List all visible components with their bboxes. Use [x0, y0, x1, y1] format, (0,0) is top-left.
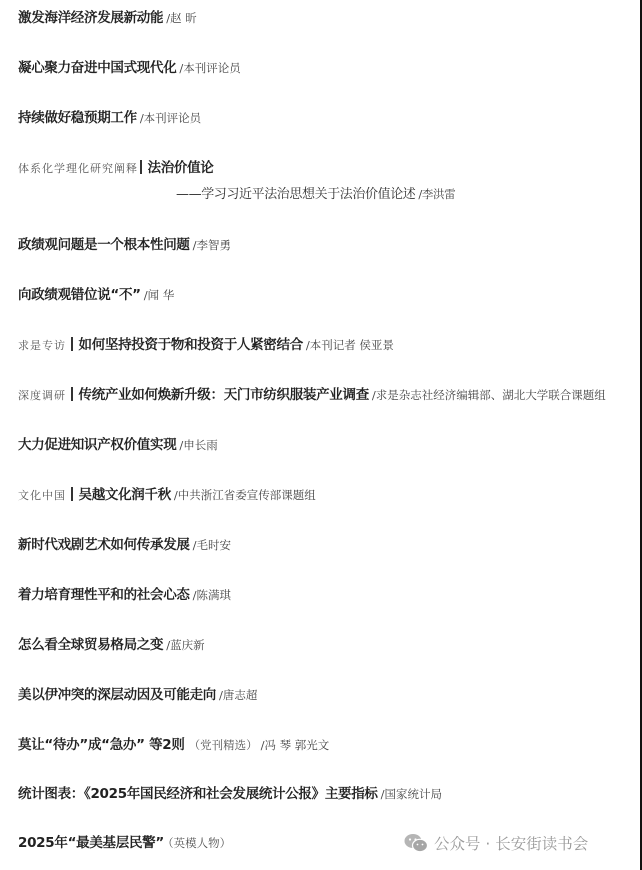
watermark-text: 公众号 · 长安街读书会: [434, 832, 588, 854]
column-label: 体系化学理化研究阐释: [18, 162, 138, 175]
wechat-icon: [404, 833, 428, 853]
article-note: （党刊精选）: [189, 738, 258, 752]
toc-entry[interactable]: 体系化学理化研究阐释法治价值论: [18, 157, 214, 177]
toc-entry[interactable]: 政绩观问题是一个根本性问题/李智勇: [18, 234, 231, 254]
article-title[interactable]: 政绩观问题是一个根本性问题: [18, 237, 190, 253]
article-note: （英模人物）: [168, 836, 231, 850]
column-separator: [71, 487, 73, 501]
article-title[interactable]: 美以伊冲突的深层动因及可能走向: [18, 687, 216, 703]
article-title[interactable]: 怎么看全球贸易格局之变: [18, 637, 163, 653]
article-title[interactable]: 向政绩观错位说“不”: [18, 287, 141, 303]
wechat-watermark: 公众号 · 长安街读书会: [404, 831, 588, 855]
column-label: 求是专访: [18, 339, 66, 352]
toc-entry[interactable]: 新时代戏剧艺术如何传承发展/毛时安: [18, 534, 231, 554]
column-separator: [71, 337, 73, 351]
article-author: /赵 昕: [166, 11, 197, 25]
toc-entry[interactable]: 美以伊冲突的深层动因及可能走向/唐志超: [18, 684, 257, 704]
toc-entry[interactable]: 凝心聚力奋进中国式现代化/本刊评论员: [18, 57, 241, 77]
article-author: /毛时安: [193, 538, 231, 552]
toc-entry[interactable]: 文化中国吴越文化润千秋/中共浙江省委宣传部课题组: [18, 484, 316, 504]
article-author: /申长雨: [179, 438, 217, 452]
article-title[interactable]: 凝心聚力奋进中国式现代化: [18, 60, 176, 76]
column-label: 文化中国: [18, 489, 66, 502]
article-title[interactable]: 统计图表：《2025年国民经济和社会发展统计公报》主要指标: [18, 786, 378, 802]
toc-entry[interactable]: 统计图表：《2025年国民经济和社会发展统计公报》主要指标/国家统计局: [18, 783, 442, 803]
article-title[interactable]: 莫让“待办”成“急办” 等2则: [18, 737, 185, 753]
toc-entry[interactable]: 激发海洋经济发展新动能/赵 昕: [18, 7, 197, 27]
article-author: /李智勇: [193, 238, 231, 252]
toc-entry[interactable]: 大力促进知识产权价值实现/申长雨: [18, 434, 218, 454]
subtitle-text: ——学习习近平法治思想关于法治价值论述: [176, 187, 415, 202]
toc-entry[interactable]: 深度调研传统产业如何焕新升级：天门市纺织服装产业调查/求是杂志社经济编辑部、湖北…: [18, 384, 606, 404]
article-title[interactable]: 激发海洋经济发展新动能: [18, 10, 163, 26]
toc-entry[interactable]: 求是专访如何坚持投资于物和投资于人紧密结合/本刊记者 侯亚景: [18, 334, 394, 354]
column-separator: [71, 387, 73, 401]
article-author: /闻 华: [144, 288, 175, 302]
article-title[interactable]: 大力促进知识产权价值实现: [18, 437, 176, 453]
toc-entry[interactable]: 着力培育理性平和的社会心态/陈满琪: [18, 584, 231, 604]
column-label: 深度调研: [18, 389, 66, 402]
article-title[interactable]: 着力培育理性平和的社会心态: [18, 587, 190, 603]
toc-entry[interactable]: 怎么看全球贸易格局之变/蓝庆新: [18, 634, 205, 654]
article-title[interactable]: 2025年“最美基层民警”: [18, 835, 164, 851]
article-author: /唐志超: [219, 688, 257, 702]
article-author: /李洪雷: [418, 187, 455, 201]
article-author: /中共浙江省委宣传部课题组: [174, 488, 316, 502]
article-title[interactable]: 新时代戏剧艺术如何传承发展: [18, 537, 190, 553]
toc-entry[interactable]: 莫让“待办”成“急办” 等2则（党刊精选）/冯 琴 郭光文: [18, 734, 329, 754]
article-title[interactable]: 传统产业如何焕新升级：天门市纺织服装产业调查: [79, 387, 369, 403]
article-author: /国家统计局: [381, 787, 442, 801]
article-author: /冯 琴 郭光文: [261, 738, 330, 752]
article-title[interactable]: 法治价值论: [148, 160, 214, 176]
article-author: /求是杂志社经济编辑部、湖北大学联合课题组: [372, 388, 606, 402]
article-subtitle: ——学习习近平法治思想关于法治价值论述/李洪雷: [176, 184, 455, 205]
toc-entry[interactable]: 向政绩观错位说“不”/闻 华: [18, 284, 174, 304]
article-author: /本刊评论员: [179, 61, 240, 75]
article-author: /陈满琪: [193, 588, 231, 602]
article-author: /本刊记者 侯亚景: [306, 338, 394, 352]
toc-entry[interactable]: 2025年“最美基层民警”（英模人物）: [18, 832, 231, 852]
article-title[interactable]: 持续做好稳预期工作: [18, 110, 137, 126]
toc-entry[interactable]: 持续做好稳预期工作/本刊评论员: [18, 107, 201, 127]
article-author: /本刊评论员: [140, 111, 201, 125]
column-separator: [140, 160, 142, 174]
article-title[interactable]: 如何坚持投资于物和投资于人紧密结合: [79, 337, 303, 353]
article-title[interactable]: 吴越文化润千秋: [79, 487, 171, 503]
article-author: /蓝庆新: [166, 638, 204, 652]
